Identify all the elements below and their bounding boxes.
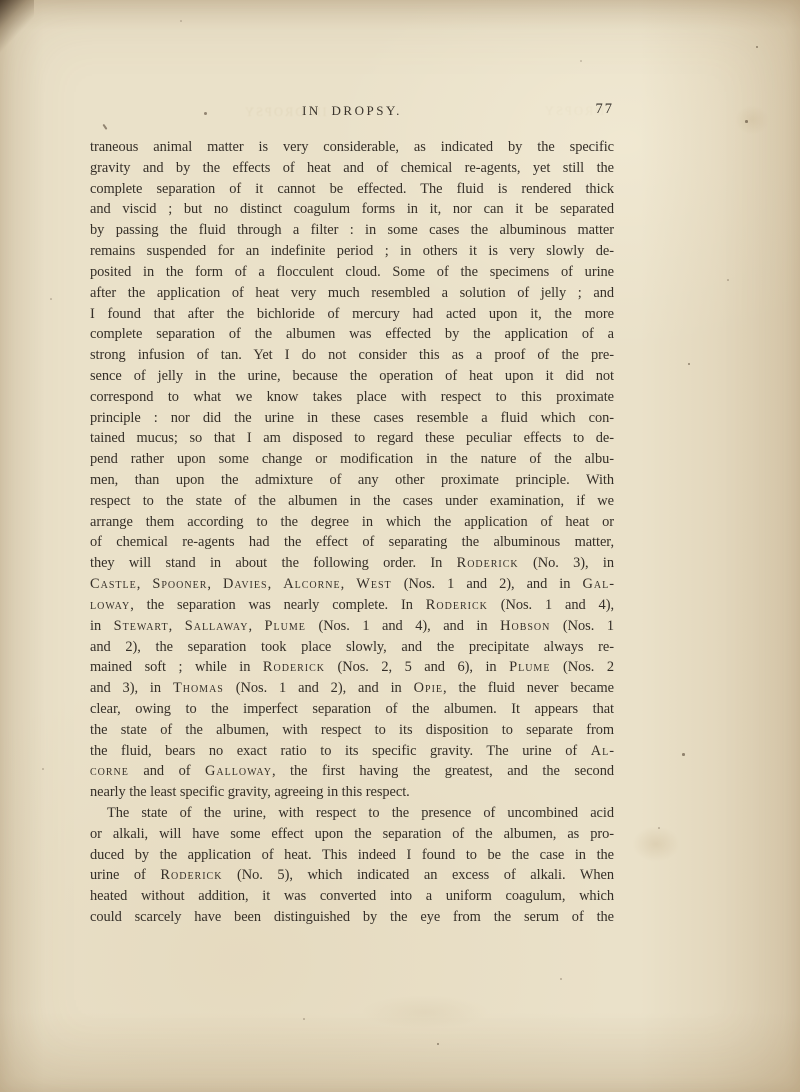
text-segment: , [137,576,153,592]
speck [745,120,748,123]
text-line: the state of the albumen, with respect t… [90,720,614,741]
text-segment: pend rather upon some change or modifica… [90,451,614,467]
text-line: heated without addition, it was converte… [90,886,614,907]
text-line: the fluid, bears no exact ratio to its s… [90,741,614,762]
small-caps-name: West [356,576,391,592]
text-line: clear, owing to the imperfect separation… [90,699,614,720]
text-line: and 3), in Thomas (Nos. 1 and 2), and in… [90,678,614,699]
text-segment: , [248,618,264,634]
small-caps-name: Hobson [500,618,550,634]
small-caps-name: Al [591,743,610,759]
speck [42,768,44,770]
text-segment: principle : nor did the urine in these c… [90,410,614,426]
text-line: mained soft ; while in Roderick (Nos. 2,… [90,657,614,678]
text-segment: after the application of heat very much … [90,285,614,301]
small-caps-name: Roderick [263,659,325,675]
text-line: of chemical re-agents had the effect of … [90,532,614,553]
right-edge-shadow [640,0,800,1092]
text-line: nearly the least specific gravity, agree… [90,782,614,803]
text-segment: (No. 5), which indicated an excess of al… [222,867,614,883]
text-line: and 2), the separation took place slowly… [90,637,614,658]
small-caps-name: Gal [583,576,610,592]
speck [682,753,685,756]
text-segment: remains suspended for an indefinite peri… [90,243,614,259]
text-segment: strong infusion of tan. Yet I do not con… [90,347,614,363]
text-segment: complete separation of the albumen was e… [90,326,614,342]
text-line: and viscid ; but no distinct coagulum fo… [90,199,614,220]
text-segment: or alkali, will have some effect upon th… [90,826,614,842]
text-line: remains suspended for an indefinite peri… [90,241,614,262]
text-segment: in [90,618,114,634]
text-segment: mained soft ; while in [90,659,263,675]
stain [735,105,769,135]
text-segment: (Nos. 1 [550,618,614,634]
text-line: they will stand in about the following o… [90,553,614,574]
small-caps-name: Alcorne [283,576,340,592]
top-edge-shadow [0,0,800,30]
text-line: respect to the state of the albumen in t… [90,491,614,512]
text-segment: , [169,618,185,634]
small-caps-name: Thomas [173,680,224,696]
text-line: or alkali, will have some effect upon th… [90,824,614,845]
text-segment: respect to the state of the albumen in t… [90,493,614,509]
left-edge-shadow [0,0,44,1092]
text-segment: and viscid ; but no distinct coagulum fo… [90,201,614,217]
text-line: could scarcely have been distinguished b… [90,907,614,928]
text-segment: and of [129,763,205,779]
small-caps-name: Roderick [160,867,222,883]
text-line: strong infusion of tan. Yet I do not con… [90,345,614,366]
small-caps-name: Galloway [205,763,272,779]
text-segment: tained mucus; so that I am disposed to r… [90,430,614,446]
text-segment: heated without addition, it was converte… [90,888,614,904]
text-segment: (Nos. 2, 5 and 6), in [325,659,509,675]
text-line: loway, the separation was nearly complet… [90,595,614,616]
text-line: I found that after the bichloride of mer… [90,304,614,325]
text-segment: , the fluid never became [443,680,614,696]
text-segment: The state of the urine, with respect to … [107,805,614,821]
text-segment: the fluid, bears no exact ratio to its s… [90,743,591,759]
bottom-edge-shadow [0,1012,800,1092]
small-caps-name: Roderick [457,555,519,571]
text-segment: by passing the fluid through a filter : … [90,222,614,238]
text-line: tained mucus; so that I am disposed to r… [90,428,614,449]
speck [560,978,562,980]
text-segment: they will stand in about the following o… [90,555,457,571]
speck [102,124,107,130]
small-caps-name: Davies [223,576,268,592]
book-page: IN DROPSY DROPSY IN DROPSY. 77 traneous … [0,0,800,1092]
speck [303,1018,305,1020]
text-segment: (Nos. 1 and 2), and in [224,680,414,696]
small-caps-name: Stewart [114,618,169,634]
text-line: pend rather upon some change or modifica… [90,449,614,470]
text-segment: correspond to what we know takes place w… [90,389,614,405]
text-segment: (Nos. 2 [550,659,614,675]
text-line: after the application of heat very much … [90,283,614,304]
text-segment: (No. 3), in [519,555,614,571]
text-line: by passing the fluid through a filter : … [90,220,614,241]
text-line: sence of jelly in the urine, because the… [90,366,614,387]
text-line: principle : nor did the urine in these c… [90,408,614,429]
speck [727,279,729,281]
text-segment: men, than upon the admixture of any othe… [90,472,614,488]
text-segment: gravity and by the effects of heat and o… [90,160,614,176]
stain [632,826,680,862]
text-line: corne and of Galloway, the first having … [90,761,614,782]
text-segment: of chemical re-agents had the effect of … [90,534,614,550]
text-line: traneous animal matter is very considera… [90,137,614,158]
text-segment: posited in the form of a flocculent clou… [90,264,614,280]
small-caps-name: Castle [90,576,137,592]
small-caps-name: Sallaway [185,618,249,634]
speck [437,1043,439,1045]
text-line: correspond to what we know takes place w… [90,387,614,408]
text-segment: , [207,576,223,592]
text-segment: (Nos. 1 and 4), [488,597,614,613]
text-segment: and 2), the separation took place slowly… [90,639,614,655]
small-caps-name: corne [90,763,129,779]
small-caps-name: Opie [414,680,443,696]
page-number: 77 [90,101,614,118]
text-line: gravity and by the effects of heat and o… [90,158,614,179]
text-line: arrange them according to the degree in … [90,512,614,533]
text-segment: urine of [90,867,160,883]
speck [50,298,52,300]
text-segment: the state of the albumen, with respect t… [90,722,614,738]
text-segment: and 3), in [90,680,173,696]
text-line: complete separation of the albumen was e… [90,324,614,345]
text-segment: could scarcely have been distinguished b… [90,909,614,925]
text-segment: traneous animal matter is very considera… [90,139,614,155]
page-corner-shadow [0,0,34,56]
stain [360,995,490,1029]
text-line: men, than upon the admixture of any othe… [90,470,614,491]
text-line: in Stewart, Sallaway, Plume (Nos. 1 and … [90,616,614,637]
small-caps-name: Spooner [152,576,207,592]
speck [180,20,182,22]
small-caps-name: loway [90,597,130,613]
text-segment: , [341,576,357,592]
text-segment: duced by the application of heat. This i… [90,847,614,863]
text-line: The state of the urine, with respect to … [90,803,614,824]
text-segment: (Nos. 1 and 2), and in [392,576,583,592]
speck [756,46,758,48]
text-line: posited in the form of a flocculent clou… [90,262,614,283]
speck [658,827,660,829]
small-caps-name: Roderick [426,597,488,613]
speck [688,363,690,365]
text-segment: - [609,576,614,592]
small-caps-name: Plume [265,618,306,634]
text-line: complete separation of it cannot be effe… [90,179,614,200]
text-segment: , the first having the greatest, and the… [272,763,614,779]
text-segment: , [268,576,284,592]
text-segment: I found that after the bichloride of mer… [90,306,614,322]
text-line: Castle, Spooner, Davies, Alcorne, West (… [90,574,614,595]
text-line: urine of Roderick (No. 5), which indicat… [90,865,614,886]
text-segment: (Nos. 1 and 4), and in [306,618,500,634]
speck [580,60,582,62]
text-segment: nearly the least specific gravity, agree… [90,784,410,800]
text-segment: complete separation of it cannot be effe… [90,181,614,197]
text-block: traneous animal matter is very considera… [90,137,614,928]
small-caps-name: Plume [509,659,550,675]
text-segment: clear, owing to the imperfect separation… [90,701,614,717]
text-segment: sence of jelly in the urine, because the… [90,368,614,384]
text-segment: - [609,743,614,759]
text-line: duced by the application of heat. This i… [90,845,614,866]
text-segment: , the separation was nearly complete. In [130,597,426,613]
text-segment: arrange them according to the degree in … [90,514,614,530]
